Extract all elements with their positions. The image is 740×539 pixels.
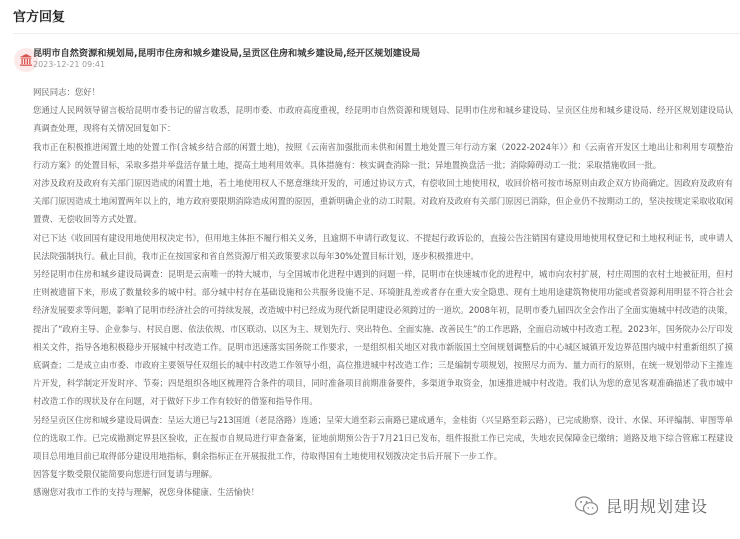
divider xyxy=(13,33,740,34)
organization-name: 昆明市自然资源和规划局,昆明市住房和城乡建设局,呈贡区住房和城乡建设局,经开区规… xyxy=(33,45,420,59)
watermark-text: 昆明规划建设 xyxy=(606,494,708,517)
reply-timestamp: 2023-12-21 09:41 xyxy=(33,60,105,69)
watermark: 昆明规划建设 xyxy=(574,494,708,517)
wechat-icon xyxy=(574,495,600,517)
reply-header: 昆明市自然资源和规划局,昆明市住房和城乡建设局,呈贡区住房和城乡建设局,经开区规… xyxy=(14,45,740,75)
section-title: 官方回复 xyxy=(13,6,65,25)
reply-paragraph: 我市正在积极推进闲置土地的处置工作(含城乡结合部的闲置土地)，按照《云南省加强批… xyxy=(33,138,733,174)
reply-paragraph: 另经呈贡区住房和城乡建设局调查：呈运大道已与213国道（老昆洛路）连通；呈荣大道… xyxy=(33,411,733,466)
reply-paragraph: 对涉及政府及政府有关部门原因造成的闲置土地，若土地使用权人不愿意继续开发的，可通… xyxy=(33,174,733,229)
reply-body: 网民同志：您好！ 您通过人民网领导留言板给昆明市委书记的留言收悉，昆明市委、市政… xyxy=(33,83,733,502)
reply-paragraph: 您通过人民网领导留言板给昆明市委书记的留言收悉，昆明市委、市政府高度重视，经昆明… xyxy=(33,101,733,137)
government-building-icon xyxy=(19,53,33,67)
reply-paragraph: 另经昆明市住房和城乡建设局调查：昆明是云南唯一的特大城市，与全国城市化进程中遇到… xyxy=(33,265,733,411)
greeting: 网民同志：您好！ xyxy=(33,83,733,101)
reply-paragraph: 因答复字数受限仅能简要向您进行回复请与理解。 xyxy=(33,465,733,483)
reply-paragraph: 对已下达《收回国有建设用地使用权决定书》，但用地主体拒不履行相关义务，且逾期不申… xyxy=(33,229,733,265)
